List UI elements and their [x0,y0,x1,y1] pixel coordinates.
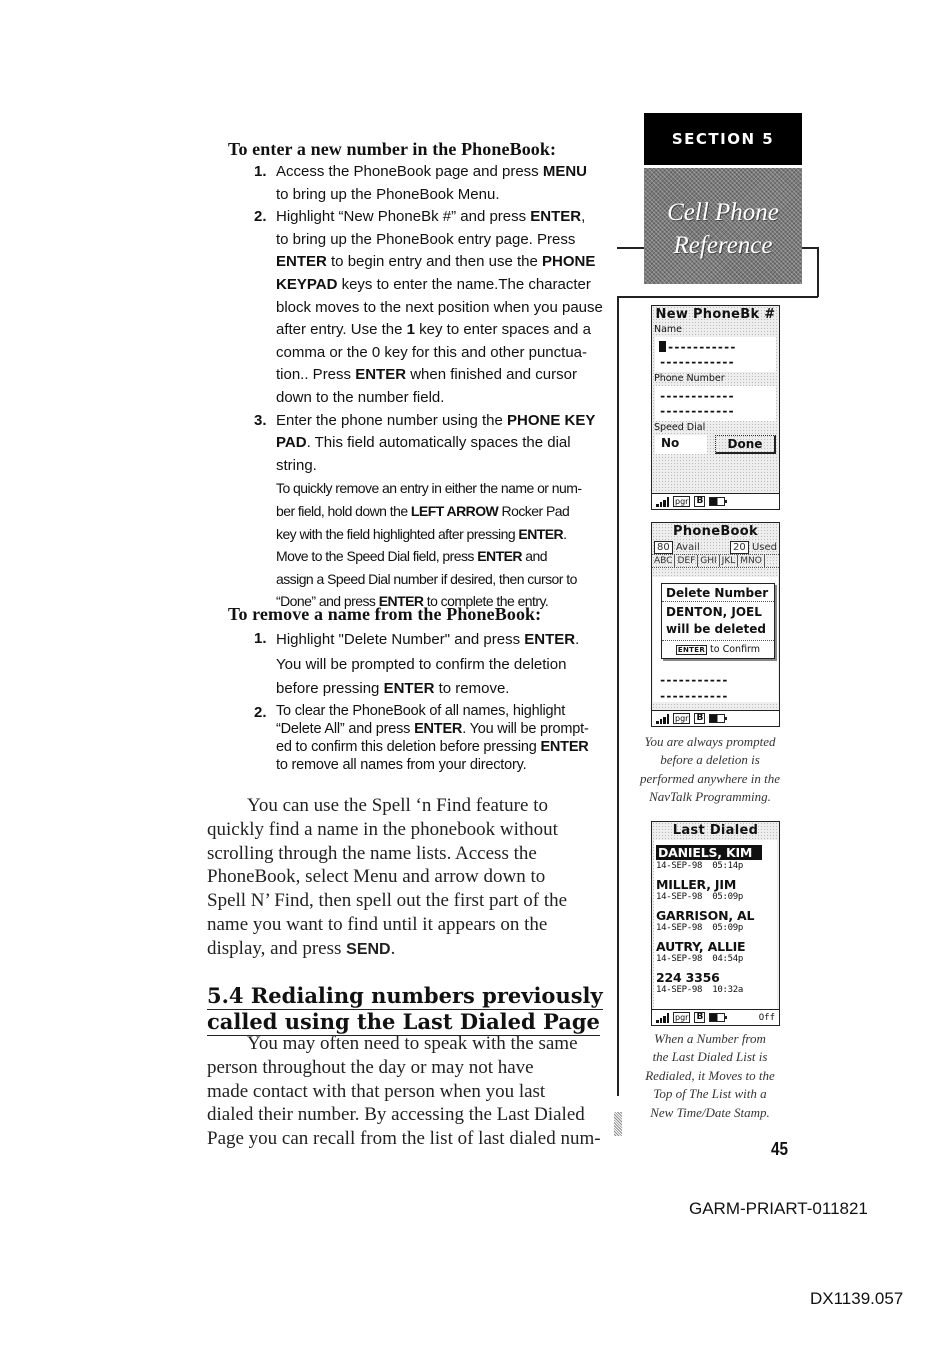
caption-line: performed anywhere in the [622,770,798,788]
paragraph-line: quickly find a name in the phonebook wit… [207,818,607,842]
step-line: block moves to the next position when yo… [276,297,614,320]
exhibit-number: DX1139.057 [810,1289,903,1309]
caption-line: NavTalk Programming. [622,788,798,806]
step-item: 1.Highlight "Delete Number" and press EN… [254,628,614,702]
phone-line2: ------------ [659,404,772,419]
avail-label: Avail [676,542,700,553]
dialog-title: Delete Number [662,584,774,602]
caption-line: Redialed, it Moves to the [622,1067,798,1085]
dialog-name: DENTON, JOEL [666,604,770,621]
entry-timestamp: 14-SEP-98 10:32a [656,985,775,996]
step-line: Access the PhoneBook page and press MENU [276,161,614,184]
step-line: Move to the Speed Dial field, press ENTE… [276,545,614,568]
step-number: 1. [254,628,267,651]
step-number: 2. [254,702,267,725]
section-heading-line1: 5.4 Redialing numbers previously [207,984,603,1010]
step-item: 2.Highlight “New PhoneBk #” and press EN… [254,206,614,409]
step-line: ENTER to begin entry and then use the PH… [276,251,614,274]
b-icon: B [694,1012,705,1023]
name-label: Name [652,324,779,336]
bates-number: GARM-PRIART-011821 [689,1199,868,1219]
entry-timestamp: 14-SEP-98 04:54p [656,954,775,965]
b-icon: B [694,713,705,724]
step-line: to bring up the PhoneBook Menu. [276,184,614,207]
last-dialed-screen: Last Dialed DANIELS, KIM14-SEP-98 05:14p… [651,821,780,1026]
alpha-tabs: ABC DEF GHI JKL MNO [652,554,779,568]
pager-icon: pgr [673,1012,690,1023]
step-item: 1.Access the PhoneBook page and press ME… [254,161,614,206]
caption-line: the Last Dialed List is [622,1048,798,1066]
signal-strength-icon [656,1013,669,1023]
list-line1: ----------- [659,673,727,688]
paragraph-line: You may often need to speak with the sam… [207,1032,612,1056]
screen-title: Last Dialed [652,822,779,840]
b-icon: B [694,496,705,507]
phone-number-label: Phone Number [652,373,779,385]
spell-find-paragraph: You can use the Spell ‘n Find feature to… [207,794,607,962]
step-line: ber field, hold down the LEFT ARROW Rock… [276,500,614,523]
step-item: 2.To clear the PhoneBook of all names, h… [254,702,614,774]
paragraph-line: scrolling through the name lists. Access… [207,842,607,866]
caption-line: before a deletion is [622,751,798,769]
step-line: assign a Speed Dial number if desired, t… [276,568,614,591]
delete-confirm-dialog: Delete Number DENTON, JOEL will be delet… [661,583,775,659]
caption-redial: When a Number from the Last Dialed List … [622,1030,798,1122]
battery-icon [709,497,725,506]
step-line: to remove all names from your directory. [276,756,614,774]
sidebar-vertical-rule [617,296,619,1096]
step-line: Enter the phone number using the PHONE K… [276,410,614,433]
entry-name: MILLER, JIM [656,877,775,892]
entry-name: DANIELS, KIM [656,845,762,860]
entry-timestamp: 14-SEP-98 05:14p [656,861,775,872]
section-tab: SECTION 5 [644,113,802,165]
chapter-title-block: Cell Phone Reference [644,168,802,284]
step-line: “Delete All” and press ENTER. You will b… [276,720,614,738]
step-number: 3. [254,410,267,433]
battery-icon [709,1013,725,1022]
phonebook-screen: PhoneBook 80 Avail 20 Used ABC DEF GHI J… [651,522,780,727]
signal-strength-icon [656,714,669,724]
step-number: 1. [254,161,267,184]
entry-name: AUTRY, ALLIE [656,939,775,954]
done-button[interactable]: Done [715,435,776,454]
last-dialed-list: DANIELS, KIM14-SEP-98 05:14pMILLER, JIM1… [654,840,777,1010]
pattern-marker [614,1112,622,1136]
off-indicator: Off [759,1013,775,1023]
screen-title: PhoneBook [652,523,779,541]
enter-number-steps: 1.Access the PhoneBook page and press ME… [254,161,614,613]
new-phonebk-screen: New PhoneBk # Name ----------- ---------… [651,305,780,510]
screen-title: New PhoneBk # [652,306,779,324]
list-line2: ----------- [659,689,727,704]
speed-dial-value[interactable]: No [655,435,707,454]
name-line1: ----------- [667,340,735,354]
paragraph-line: Page you can recall from the list of las… [207,1127,612,1151]
caption-delete: You are always prompted before a deletio… [622,733,798,807]
confirm-text: to Confirm [710,644,760,655]
last-dialed-entry[interactable]: 224 335614-SEP-98 10:32a [656,970,775,996]
last-dialed-entry[interactable]: GARRISON, AL14-SEP-98 05:09p [656,908,775,934]
tab-def[interactable]: DEF [675,555,698,567]
tab-jkl[interactable]: JKL [720,555,739,567]
step-line: comma or the 0 key for this and other pu… [276,342,614,365]
phone-line1: ------------ [659,389,772,404]
paragraph-line: made contact with that person when you l… [207,1080,612,1104]
entry-name: GARRISON, AL [656,908,775,923]
bracket-line-bottom [617,296,818,298]
last-dialed-entry[interactable]: DANIELS, KIM14-SEP-98 05:14p [656,842,775,872]
tab-ghi[interactable]: GHI [698,555,719,567]
last-dialed-entry[interactable]: MILLER, JIM14-SEP-98 05:09p [656,877,775,903]
paragraph-line: Spell N’ Find, then spell out the first … [207,889,607,913]
pager-icon: pgr [673,713,690,724]
caption-line: New Time/Date Stamp. [622,1104,798,1122]
step-line: KEYPAD keys to enter the name.The charac… [276,274,614,297]
paragraph-line: dialed their number. By accessing the La… [207,1103,612,1127]
battery-icon [709,714,725,723]
signal-strength-icon [656,497,669,507]
entry-timestamp: 14-SEP-98 05:09p [656,923,775,934]
caption-line: You are always prompted [622,733,798,751]
capacity-row: 80 Avail 20 Used [652,541,779,554]
paragraph-line: name you want to find until it appears o… [207,913,607,937]
enter-key-icon[interactable]: ENTER [676,645,707,655]
caption-line: Top of The List with a [622,1085,798,1103]
entry-timestamp: 14-SEP-98 05:09p [656,892,775,903]
pager-icon: pgr [673,496,690,507]
step-line: PAD. This field automatically spaces the… [276,432,614,477]
avail-count: 80 [654,541,673,554]
remove-name-steps: 1.Highlight "Delete Number" and press EN… [254,628,614,774]
tab-mno[interactable]: MNO [738,555,765,567]
cursor-block [659,341,666,352]
page-number: 45 [771,1139,788,1160]
name-line2: ------------ [659,355,772,370]
tab-abc[interactable]: ABC [652,555,675,567]
chapter-title-line1: Cell Phone [644,196,802,229]
step-line: before pressing ENTER to remove. [276,677,614,702]
bracket-line-right-vertical [817,247,819,297]
step-line: ed to confirm this deletion before press… [276,738,614,756]
dialog-message: will be deleted [666,621,770,638]
redial-paragraph: You may often need to speak with the sam… [207,1032,612,1151]
phone-number-field[interactable]: ------------ ------------ [655,386,776,421]
step-line: tion.. Press ENTER when finished and cur… [276,364,614,387]
step-number: 2. [254,206,267,229]
step-line: key with the field highlighted after pre… [276,523,614,546]
name-field[interactable]: ----------- ------------ [655,337,776,372]
paragraph-line: PhoneBook, select Menu and arrow down to [207,865,607,889]
step-line: down to the number field. [276,387,614,410]
status-bar: pgr B Off [652,1009,779,1025]
last-dialed-entry[interactable]: AUTRY, ALLIE14-SEP-98 04:54p [656,939,775,965]
entry-name: 224 3356 [656,970,775,985]
remove-name-heading: To remove a name from the PhoneBook: [228,604,541,625]
step-line: To clear the PhoneBook of all names, hig… [276,702,614,720]
bracket-line-left [617,247,644,249]
step-line: To quickly remove an entry in either the… [276,477,614,500]
enter-number-heading: To enter a new number in the PhoneBook: [228,139,556,160]
step-item: 3.Enter the phone number using the PHONE… [254,410,614,613]
status-bar: pgr B [652,710,779,726]
section-heading-5-4: 5.4 Redialing numbers previously called … [207,984,607,1036]
step-line: after entry. Use the 1 key to enter spac… [276,319,614,342]
step-line: Highlight "Delete Number" and press ENTE… [276,628,614,653]
used-count: 20 [730,541,749,554]
paragraph-line: display, and press SEND. [207,937,607,962]
status-bar: pgr B [652,493,779,509]
caption-line: When a Number from [622,1030,798,1048]
step-line: You will be prompted to confirm the dele… [276,653,614,678]
step-line: to bring up the PhoneBook entry page. Pr… [276,229,614,252]
chapter-title-line2: Reference [644,229,802,262]
paragraph-line: person throughout the day or may not hav… [207,1056,612,1080]
section-label: SECTION 5 [672,130,774,148]
speed-dial-label: Speed Dial [652,422,779,434]
used-label: Used [752,542,777,553]
step-line: Highlight “New PhoneBk #” and press ENTE… [276,206,614,229]
paragraph-line: You can use the Spell ‘n Find feature to [207,794,607,818]
